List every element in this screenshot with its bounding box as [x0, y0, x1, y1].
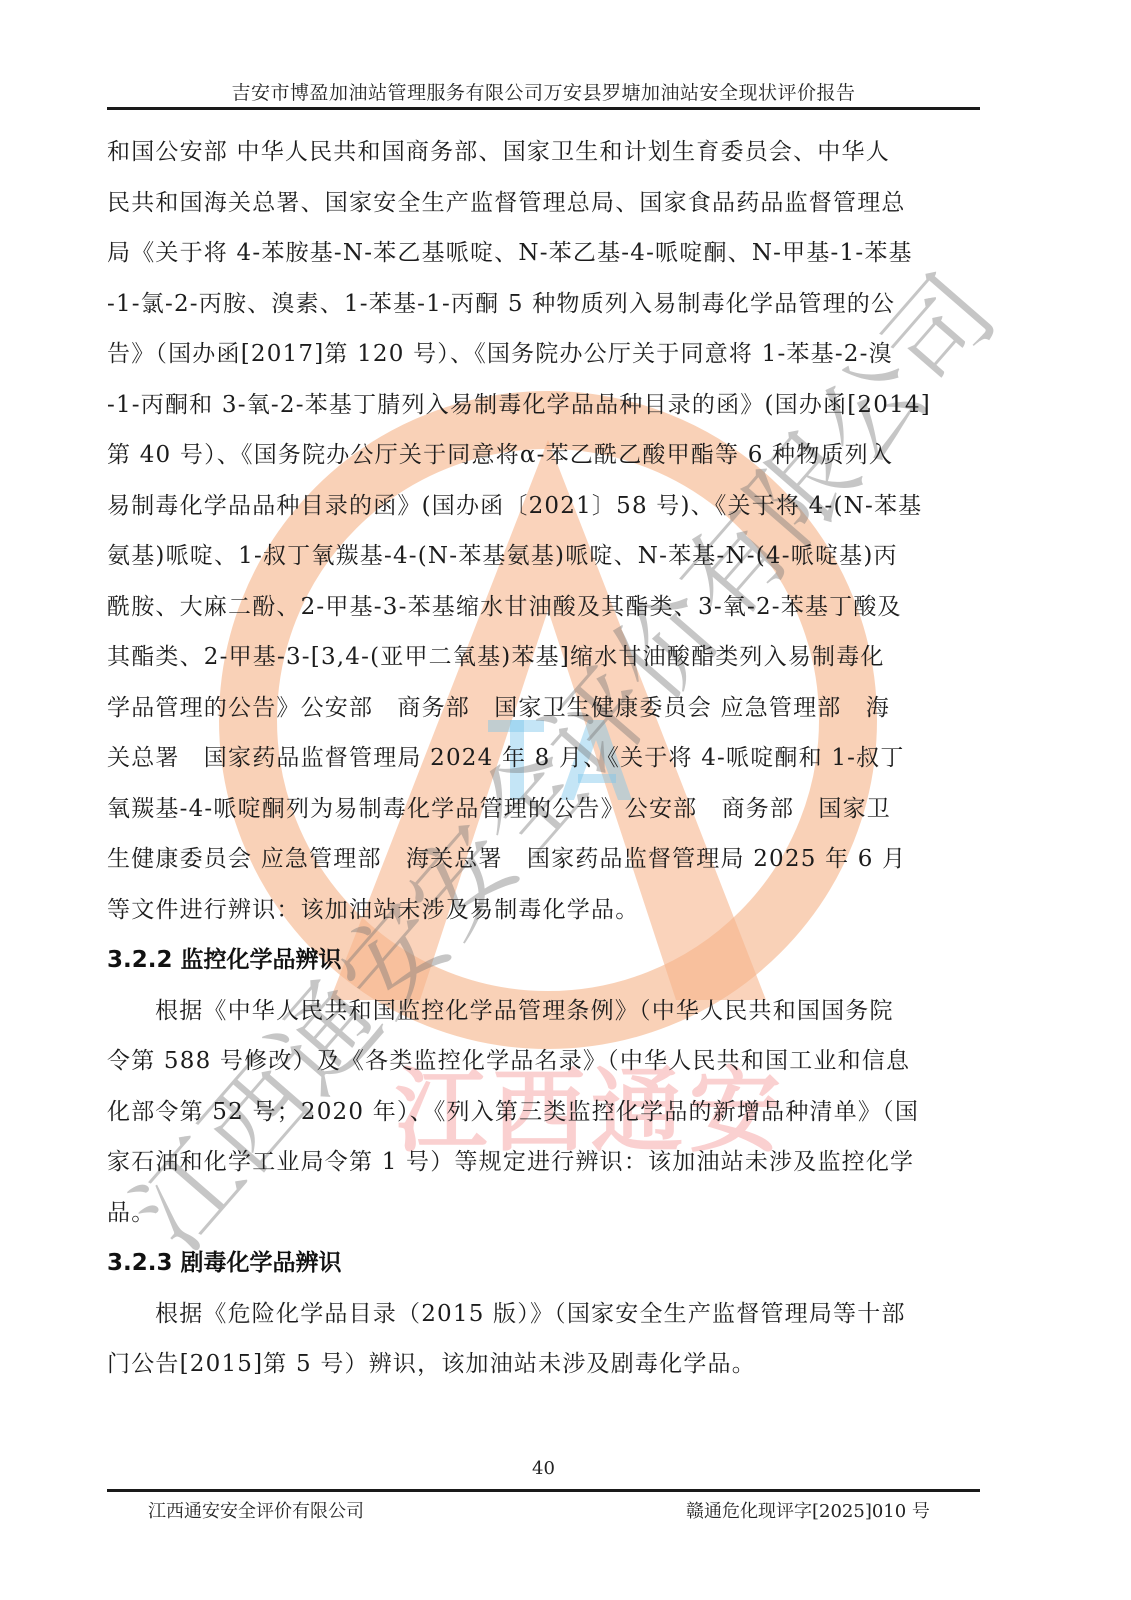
text-line: -1-丙酮和 3-氧-2-苯基丁腈列入易制毒化学品品种目录的函》(国办函[201…	[107, 380, 967, 431]
text-line: -1-氯-2-丙胺、溴素、1-苯基-1-丙酮 5 种物质列入易制毒化学品管理的公	[107, 279, 967, 330]
text-line: 生健康委员会 应急管理部 海关总署 国家药品监督管理局 2025 年 6 月	[107, 834, 967, 885]
text-line: 酰胺、大麻二酚、2-甲基-3-苯基缩水甘油酸及其酯类、3-氧-2-苯基丁酸及	[107, 582, 967, 633]
text-line: 家石油和化学工业局令第 1 号）等规定进行辨识：该加油站未涉及监控化学	[107, 1137, 967, 1188]
section-heading-3-2-2: 3.2.2 监控化学品辨识	[107, 935, 967, 986]
text-line: 等文件进行辨识：该加油站未涉及易制毒化学品。	[107, 885, 967, 936]
page-content: 吉安市博盈加油站管理服务有限公司万安县罗塘加油站安全现状评价报告 和国公安部 中…	[0, 0, 1131, 1600]
footer-company-name: 江西通安安全评价有限公司	[148, 1497, 364, 1523]
monitored-chemicals-paragraph: 根据《中华人民共和国监控化学品管理条例》（中华人民共和国国务院 令第 588 号…	[107, 986, 967, 1239]
text-line: 第 40 号）、《国务院办公厅关于同意将α-苯乙酰乙酸甲酯等 6 种物质列入	[107, 430, 967, 481]
highly-toxic-chemicals-paragraph: 根据《危险化学品目录（2015 版）》（国家安全生产监督管理局等十部 门公告[2…	[107, 1289, 967, 1390]
footer-rule	[107, 1489, 980, 1492]
precursor-chemicals-paragraph: 和国公安部 中华人民共和国商务部、国家卫生和计划生育委员会、中华人 民共和国海关…	[107, 127, 967, 935]
text-line: 化部令第 52 号；2020 年）、《列入第三类监控化学品的新增品种清单》（国	[107, 1087, 967, 1138]
page-number: 40	[107, 1458, 980, 1479]
text-line: 氧羰基-4-哌啶酮列为易制毒化学品管理的公告》公安部 商务部 国家卫	[107, 784, 967, 835]
text-line: 和国公安部 中华人民共和国商务部、国家卫生和计划生育委员会、中华人	[107, 127, 967, 178]
text-line: 品。	[107, 1188, 967, 1239]
footer-report-number: 赣通危化现评字[2025]010 号	[686, 1497, 930, 1523]
text-line: 告》（国办函[2017]第 120 号）、《国务院办公厅关于同意将 1-苯基-2…	[107, 329, 967, 380]
text-line: 根据《危险化学品目录（2015 版）》（国家安全生产监督管理局等十部	[107, 1289, 967, 1340]
text-line: 民共和国海关总署、国家安全生产监督管理总局、国家食品药品监督管理总	[107, 178, 967, 229]
header-rule	[107, 107, 980, 110]
running-header-title: 吉安市博盈加油站管理服务有限公司万安县罗塘加油站安全现状评价报告	[107, 78, 980, 105]
text-line: 令第 588 号修改）及《各类监控化学品名录》（中华人民共和国工业和信息	[107, 1036, 967, 1087]
text-line: 局《关于将 4-苯胺基-N-苯乙基哌啶、N-苯乙基-4-哌啶酮、N-甲基-1-苯…	[107, 228, 967, 279]
text-line: 根据《中华人民共和国监控化学品管理条例》（中华人民共和国国务院	[107, 986, 967, 1037]
body-text: 和国公安部 中华人民共和国商务部、国家卫生和计划生育委员会、中华人 民共和国海关…	[107, 127, 967, 1390]
section-heading-3-2-3: 3.2.3 剧毒化学品辨识	[107, 1238, 967, 1289]
text-line: 关总署 国家药品监督管理局 2024 年 8 月、《关于将 4-哌啶酮和 1-叔…	[107, 733, 967, 784]
text-line: 门公告[2015]第 5 号）辨识，该加油站未涉及剧毒化学品。	[107, 1339, 967, 1390]
text-line: 易制毒化学品品种目录的函》(国办函〔2021〕58 号)、《关于将 4-(N-苯…	[107, 481, 967, 532]
text-line: 学品管理的公告》公安部 商务部 国家卫生健康委员会 应急管理部 海	[107, 683, 967, 734]
text-line: 其酯类、2-甲基-3-[3,4-(亚甲二氧基)苯基]缩水甘油酸酯类列入易制毒化	[107, 632, 967, 683]
text-line: 氨基)哌啶、1-叔丁氧羰基-4-(N-苯基氨基)哌啶、N-苯基-N-(4-哌啶基…	[107, 531, 967, 582]
document-page: 江西通安 江西通安安全评价有限公司 吉安市博盈加油站管理服务有限公司万安县罗塘加…	[0, 0, 1131, 1600]
